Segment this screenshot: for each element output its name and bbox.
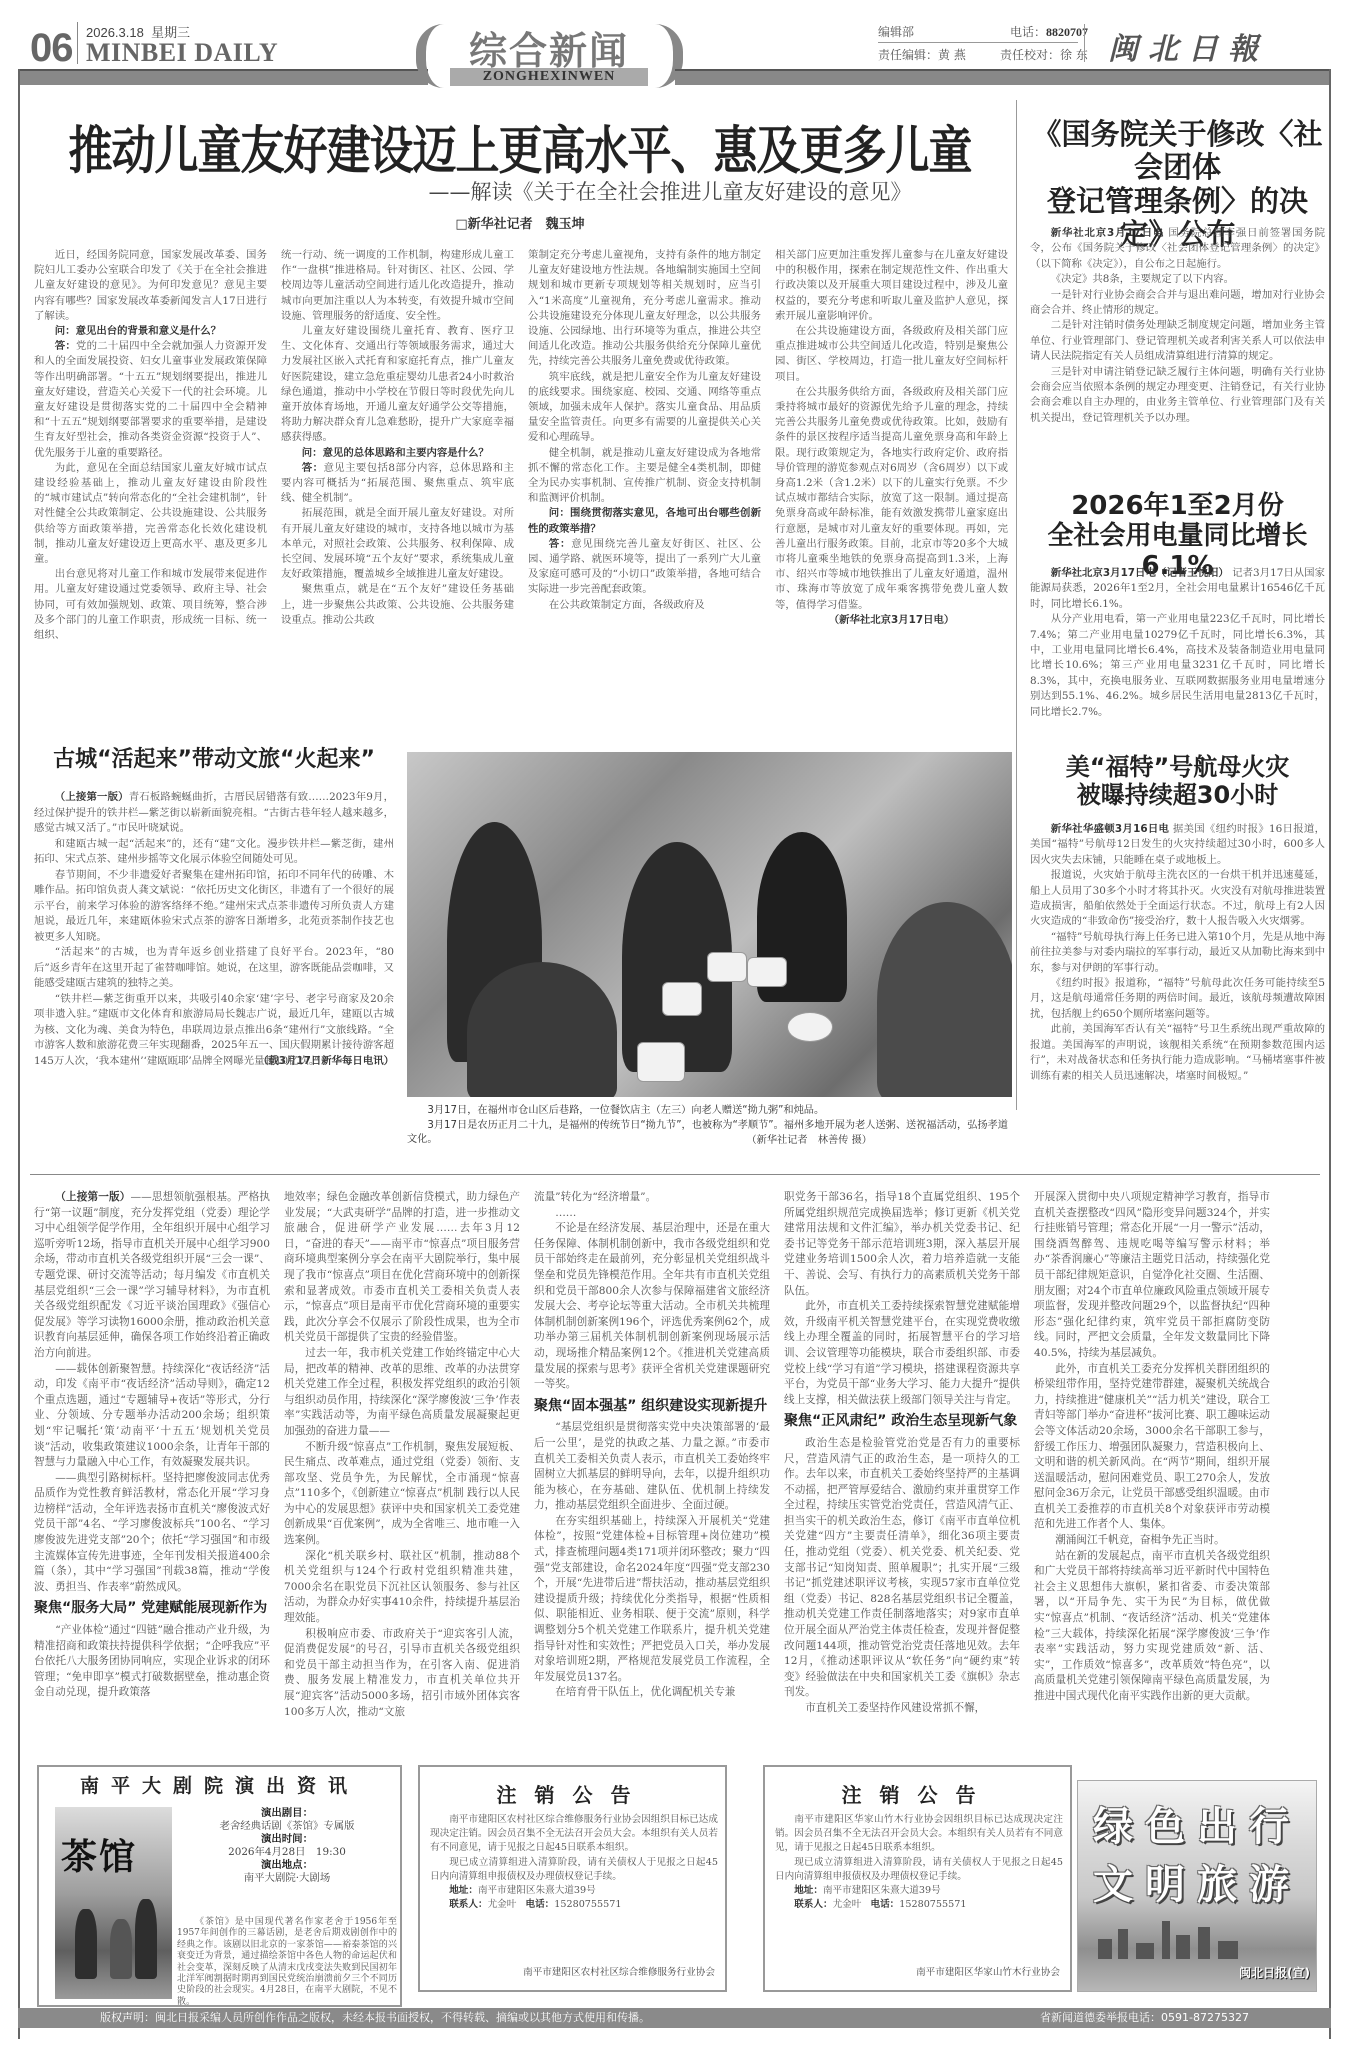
paragraph-text: 在公共设施建设方面，各级政府及相关部门应重点推进城市公共空间适儿化改造，特别是聚…	[775, 325, 1008, 383]
edit-info-rule	[878, 42, 1078, 43]
page-border-right	[1329, 69, 1331, 2039]
paragraph-text: 不论是在经济发展、基层治理中，还是在重大任务保障、体制机制创新中，我市各级党组织…	[534, 1222, 770, 1390]
city-skyline-icon	[1078, 1919, 1316, 1959]
paragraph: ——典型引路树标杆。坚持把廖俊波同志优秀品质作为党性教育鲜活教材，常态化开展“学…	[34, 1471, 270, 1596]
lower-article-body: （上接第一版）——思想领航强根基。严格执行“第一议题”制度，充分发挥党组（党委）…	[34, 1190, 1324, 1720]
paragraph-text: 相关部门应更加注重发挥儿童参与在儿童友好建设中的积极作用，探索在制定规范性文件、…	[775, 249, 1008, 322]
paragraph-text: （新华社北京3月17日电）	[829, 614, 955, 626]
article-column: 策制定充分考虑儿童视角，支持有条件的地方制定儿童友好建设地方性法规。各地编制实施…	[528, 248, 761, 643]
psa-line-2: 文明旅游	[1078, 1853, 1316, 1910]
paragraph: 新华社华盛顿3月16日电 据美国《纽约时报》16日报道，美国“福特”号航母12日…	[1030, 822, 1325, 868]
poster-figure	[110, 1919, 132, 1979]
paragraph-text: 不断升级“惊喜点”工作机制，聚焦发展短板、民生痛点、改革难点，通过党组（党委）领…	[284, 1441, 520, 1547]
paragraph-text: 出台意见将对儿童工作和城市发展带来促进作用。儿童友好建设通过党委领导、政府主导、…	[34, 568, 267, 641]
photo-bowl	[662, 982, 702, 1016]
header-bar-right-edge	[675, 69, 1331, 71]
paragraph: 不论是在经济发展、基层治理中，还是在重大任务保障、体制机制创新中，我市各级党组织…	[534, 1221, 770, 1393]
paragraph-text: 在夯实组织基础上，持续深入开展机关“党建体检”，按照“党建体检+目标管理+岗位建…	[534, 1515, 770, 1683]
paragraph: 为此，意见在全面总结国家儿童友好城市试点建设经验基础上，推动儿童友好建设由阶段性…	[34, 461, 267, 567]
paragraph: 儿童友好建设围绕儿童托育、教育、医疗卫生、文化体育、交通出行等领域服务需求，通过…	[281, 324, 514, 446]
paragraph: 统一行动、统一调度的工作机制，构建形成儿童工作“一盘棋”推进格局。针对街区、社区…	[281, 248, 514, 324]
phone-value: 15280755571	[899, 1899, 966, 1910]
paragraph: ——载体创新聚智慧。持续深化“夜话经济”活动，印发《南平市“夜话经济”活动导则》…	[34, 1362, 270, 1471]
paragraph-text: 站在新的发展起点，南平市直机关各级党组织和广大党员干部将持续高举习近平新时代中国…	[1034, 1550, 1270, 1702]
paragraph-lead: 答：	[55, 340, 76, 352]
theatre-description: 《茶馆》是中国现代著名作家老舍于1956年至1957年间创作的三幕话剧，是老舍后…	[177, 1917, 397, 2008]
paragraph-text: 统一行动、统一调度的工作机制，构建形成儿童工作“一盘棋”推进格局。针对街区、社区…	[281, 249, 514, 322]
poster-figure	[135, 1899, 157, 1979]
address-label: 地址：	[449, 1885, 478, 1896]
phone-label: 电话：	[526, 1899, 555, 1910]
edit-info-divider	[1084, 24, 1085, 62]
article-column: 相关部门应更加注重发挥儿童参与在儿童友好建设中的积极作用，探索在制定规范性文件、…	[775, 248, 1008, 643]
paragraph-text: ——思想领航强根基。严格执行“第一议题”制度，充分发挥党组（党委）理论学习中心组…	[34, 1191, 270, 1359]
column-divider	[1016, 100, 1017, 1110]
paragraph: 答：意见主要包括8部分内容，总体思路和主要内容可概括为“拓展范围、聚焦重点、筑牢…	[281, 461, 514, 507]
paragraph-lead: （上接第一版）	[55, 1191, 130, 1203]
paragraph: 健全机制，就是推动儿童友好建设成为各地常抓不懈的常态化工作。主要是健全4类机制，…	[528, 446, 761, 507]
paragraph-text: 市直机关工委坚持作风建设常抓不懈，	[805, 1702, 985, 1714]
venue-label: 演出地点：	[177, 1859, 397, 1872]
paragraph: 《纽约时报》报道称，“福特”号航母此次任务可能持续至5月，这是航母通常任务期的两…	[1030, 976, 1325, 1022]
notice-organization: 南平市建阳区农村社区综合维修服务行业协会	[523, 1964, 715, 1978]
photo-figure-seated-left	[467, 962, 617, 1097]
paragraph-text: “活起来”的古城，也为青年返乡创业搭建了良好平台。2023年，“80后”返乡青年…	[34, 946, 394, 989]
paragraph: 在公共设施建设方面，各级政府及相关部门应重点推进城市公共空间适儿化改造，特别是聚…	[775, 324, 1008, 385]
paragraph: 在公共政策制定方面，各级政府及	[528, 598, 761, 613]
header-bar-left-edge	[18, 69, 428, 71]
paragraph: 新华社北京3月17日电（记者王悦阳） 记者3月17日从国家能源局获悉，2026年…	[1030, 566, 1325, 612]
paragraph-text: 《决定》共8条，主要规定了以下内容。	[1051, 273, 1234, 285]
paragraph: ……	[534, 1206, 770, 1222]
news-photo	[407, 752, 1012, 1097]
main-subheadline: ——解读《关于在全社会推进儿童友好建设的意见》	[40, 176, 1000, 206]
paragraph-text: 在公共政策制定方面，各级政府及	[549, 599, 705, 611]
page-number: 06	[30, 26, 73, 71]
paragraph: 一是针对行业协会商会合并与退出难问题，增加对行业协会商会合并、终止情形的规定。	[1030, 288, 1325, 319]
paragraph: 在夯实组织基础上，持续深入开展机关“党建体检”，按照“党建体检+目标管理+岗位建…	[534, 1514, 770, 1686]
photo-bowl	[707, 952, 747, 982]
paragraph-text: 拓展范围，就是全面开展儿童友好建设。对所有开展儿童友好建设的城市，支持各地以城市…	[281, 507, 514, 580]
responsible-proofreader: 责任校对：徐 东	[1000, 46, 1088, 63]
paragraph: 潮涌闽江千帆竞，奋楫争先正当时。	[1034, 1533, 1270, 1549]
paragraph-text: 策制定充分考虑儿童视角，支持有条件的地方制定儿童友好建设地方性法规。各地编制实施…	[528, 249, 761, 367]
contact-label: 联系人：	[449, 1899, 487, 1910]
paragraph: “活起来”的古城，也为青年返乡创业搭建了良好平台。2023年，“80后”返乡青年…	[34, 945, 394, 992]
poster-figure	[75, 1909, 97, 1979]
article-column: 地效率；绿色金融改革创新信贷模式，助力绿色产业发展；“大武夷研学”品牌的打造，进…	[284, 1190, 520, 1720]
paper-name-en: MINBEI DAILY	[86, 38, 278, 68]
paragraph: 近日，经国务院同意，国家发展改革委、国务院妇儿工委办公室联合印发了《关于在全社会…	[34, 248, 267, 324]
caption-line: 3月17日是农历正月二十九，是福州的传统节日“拗九节”，也被称为“孝顺节”。福州…	[407, 1119, 1012, 1148]
headline-line: 《国务院关于修改〈社会团体	[1030, 118, 1325, 185]
interview-question: 问：意见的总体思路和主要内容是什么？	[281, 446, 514, 461]
notice-address: 地址：南平市建阳区朱熹大道39号	[430, 1884, 718, 1898]
paragraph: 流量”转化为“经济增量”。	[534, 1190, 770, 1206]
paragraph-text: 二是针对注销时债务处理缺乏制度规定问题，增加业务主管单位、行业管理部门、登记管理…	[1030, 319, 1325, 362]
article-column: 近日，经国务院同意，国家发展改革委、国务院妇儿工委办公室联合印发了《关于在全社会…	[34, 248, 267, 643]
contact-value: 尤金叶	[833, 1899, 862, 1910]
paragraph: 政治生态是检验管党治党是否有力的重要标尺，营造风清气正的政治生态，是一项持久的工…	[784, 1436, 1020, 1701]
paragraph-text: “产业体检”通过“四链”融合推动产业升级，为精准招商和政策扶持提供科学依据；“企…	[34, 1624, 270, 1698]
paragraph-text: “福特”号航母执行海上任务已进入第10个月，先是从地中海前往拉美参与对委内瑞拉的…	[1030, 931, 1325, 974]
edit-department: 编辑部	[878, 23, 914, 40]
section-title-en: ZONGHEXINWEN	[450, 68, 648, 86]
paragraph-text: “基层党组织是贯彻落实党中央决策部署的‘最后一公里’，是党的执政之基、力量之源。…	[534, 1421, 770, 1511]
paragraph-text: 流量”转化为“经济增量”。	[534, 1191, 656, 1203]
paragraph: 职党务干部36名，指导18个直属党组织、195个所属党组织规范完成换届选举；修订…	[784, 1190, 1020, 1299]
side-article-1-body: 新华社北京3月17日电 国务院总理李强日前签署国务院令，公布《国务院关于修改〈社…	[1030, 226, 1325, 426]
paragraph-text: 潮涌闽江千帆竞，奋楫争先正当时。	[1055, 1534, 1225, 1546]
paragraph: 出台意见将对儿童工作和城市发展带来促进作用。儿童友好建设通过党委领导、政府主导、…	[34, 567, 267, 643]
interview-question: 问：围绕贯彻落实意见，各地可出台哪些创新性的政策举措？	[528, 506, 761, 536]
notice-title: 注销公告	[765, 1779, 1070, 1808]
gucheng-headline: 古城“活起来”带动文旅“火起来”	[34, 742, 394, 773]
ethics-hotline: 省新闻道德委举报电话：0591-87275327	[1040, 2008, 1249, 2028]
notice-contact: 联系人：尤金叶 电话：15280755571	[775, 1898, 1063, 1912]
article-column: 开展深入贯彻中央八项规定精神学习教育，指导市直机关查摆整改“四风”隐形变异问题3…	[1034, 1190, 1270, 1720]
continued-marker: （上接第一版）	[55, 791, 129, 803]
notice-paragraph: 南平市建阳区农村社区综合维修服务行业协会因组织目标已达成现决定注销。因会员召集不…	[430, 1813, 718, 1856]
teahouse-poster: 茶馆	[55, 1807, 172, 1999]
paragraph-text: 健全机制，就是推动儿童友好建设成为各地常抓不懈的常态化工作。主要是健全4类机制，…	[528, 447, 761, 505]
time-label: 演出时间：	[177, 1833, 397, 1846]
article-column: 统一行动、统一调度的工作机制，构建形成儿童工作“一盘棋”推进格局。针对街区、社区…	[281, 248, 514, 643]
section-subheading: 聚焦“正风肃纪” 政治生态呈现新气象	[784, 1414, 1020, 1430]
paragraph-lead: 答：	[302, 462, 324, 474]
time-value: 2026年4月28日 19:30	[177, 1846, 397, 1859]
phone-value: 15280755571	[554, 1899, 621, 1910]
section-subheading: 聚焦“固本强基” 组织建设实现新提升	[534, 1399, 770, 1415]
header-bar-left	[18, 69, 428, 85]
paragraph: 报道说，火灾始于航母主洗衣区的一台烘干机并迅速蔓延，船上人员用了30多个小时才将…	[1030, 868, 1325, 930]
article-dateline-signature: （新华社北京3月17日电）	[775, 613, 1008, 628]
phone-label: 电话：	[1010, 25, 1046, 39]
paragraph: 此外，市直机关工委充分发挥机关群团组织的桥梁纽带作用，坚持党建带群建，凝聚机关统…	[1034, 1362, 1270, 1534]
side-article-3-body: 新华社华盛顿3月16日电 据美国《纽约时报》16日报道，美国“福特”号航母12日…	[1030, 822, 1325, 1084]
paragraph: 《决定》共8条，主要规定了以下内容。	[1030, 272, 1325, 287]
paragraph: 策制定充分考虑儿童视角，支持有条件的地方制定儿童友好建设地方性法规。各地编制实施…	[528, 248, 761, 370]
theatre-ad-title: 南平大剧院演出资讯	[39, 1771, 400, 1798]
psa-line-1: 绿色出行	[1078, 1795, 1316, 1852]
masthead-divider	[77, 22, 78, 64]
photo-credit: （新华社记者 林善传 摄）	[747, 1134, 873, 1149]
headline-line: 2026年1至2月份	[1030, 492, 1325, 522]
paragraph-text: ——载体创新聚智慧。持续深化“夜话经济”活动，印发《南平市“夜话经济”活动导则》…	[34, 1363, 270, 1469]
paragraph-text: 地效率；绿色金融改革创新信贷模式，助力绿色产业发展；“大武夷研学”品牌的打造，进…	[284, 1191, 520, 1343]
paragraph-lead: 答：	[549, 538, 571, 550]
green-travel-psa: 绿色出行 文明旅游 闽北日报(宣)	[1077, 1780, 1317, 1992]
main-article-body: 近日，经国务院同意，国家发展改革委、国务院妇儿工委办公室联合印发了《关于在全社会…	[34, 248, 1010, 643]
paragraph-text: ——典型引路树标杆。坚持把廖俊波同志优秀品质作为党性教育鲜活教材，常态化开展“学…	[34, 1472, 270, 1593]
copyright-notice: 版权声明：闽北日报采编人员所创作作品之版权，未经本报书面授权，不得转载、摘编或以…	[100, 2008, 650, 2028]
photo-bowl	[637, 1042, 685, 1082]
paragraph-text: 为此，意见在全面总结国家儿童友好城市试点建设经验基础上，推动儿童友好建设由阶段性…	[34, 462, 267, 565]
paragraph-text: 问：意见的总体思路和主要内容是什么？	[302, 447, 489, 459]
paragraph-text: 此外，市直机关工委充分发挥机关群团组织的桥梁纽带作用，坚持党建带群建，凝聚机关统…	[1034, 1363, 1270, 1531]
notice-address: 地址：南平市建阳区朱熹大道39号	[775, 1884, 1063, 1898]
paragraph-text: 在公共服务供给方面，各级政府及相关部门应秉持将城市最好的资源优先给予儿童的理念，…	[775, 386, 1008, 611]
paragraph-text: ……	[555, 1207, 576, 1219]
paragraph: 此外，市直机关工委持续探索智慧党建赋能增效，升级南平机关智慧党建平台，在实现党费…	[784, 1299, 1020, 1408]
contact-value: 尤金叶	[488, 1899, 517, 1910]
venue-value: 南平大剧院·大剧场	[177, 1872, 397, 1885]
section-title: 综合新闻	[450, 20, 648, 75]
paragraph-text: 积极响应市委、市政府关于“迎宾客引人流，促消费促发展”的号召，引导市直机关各级党…	[284, 1628, 520, 1718]
paragraph-text: 职党务干部36名，指导18个直属党组织、195个所属党组织规范完成换届选举；修订…	[784, 1191, 1020, 1297]
header-bar-right	[675, 69, 1331, 85]
main-byline: □新华社记者 魏玉坤	[40, 213, 1000, 232]
notice-body: 南平市建阳区农村社区综合维修服务行业协会因组织目标已达成现决定注销。因会员召集不…	[430, 1813, 718, 1912]
paragraph-text: 聚焦“正风肃纪” 政治生态呈现新气象	[784, 1413, 1017, 1429]
paragraph-text: 问：围绕贯彻落实意见，各地可出台哪些创新性的政策举措？	[528, 507, 761, 534]
address-value: 南平市建阳区朱熹大道39号	[823, 1885, 941, 1896]
program-value: 老舍经典话剧《茶馆》专属版	[177, 1820, 397, 1833]
cancellation-notice-2: 注销公告 南平市建阳区华家山竹木行业协会因组织目标已达成现决定注销。因会员召集不…	[763, 1765, 1072, 1992]
paragraph: 过去一年，我市机关党建工作始终锚定中心大局，把改革的精神、改革的思维、改革的办法…	[284, 1346, 520, 1440]
headline-line: 被曝持续超30小时	[1030, 782, 1325, 810]
photo-bowl	[747, 957, 787, 987]
paragraph-text: 此前，美国海军否认有关“福特”号卫生系统出现严重故障的报道。美国海军的声明说，该…	[1030, 1023, 1325, 1081]
paragraph-text: 在培育骨干队伍上，优化调配机关专兼	[555, 1686, 735, 1698]
caption-line: 3月17日，在福州市仓山区后巷路，一位餐饮店主（左三）向老人赠送“拗九粥”和炖品…	[407, 1104, 1012, 1119]
main-headline: 推动儿童友好建设迈上更高水平、惠及更多儿童	[40, 108, 1000, 184]
program-label: 演出剧目：	[177, 1807, 397, 1820]
paragraph: 从分产业用电看，第一产业用电量223亿千瓦时，同比增长7.4%；第二产业用电量1…	[1030, 612, 1325, 720]
section-rule	[30, 1174, 1320, 1175]
notice-paragraph: 现已成立清算组进入清算阶段，请有关债权人于见报之日起45日内向清算组申报债权及办…	[775, 1856, 1063, 1884]
paragraph-text: 报道说，火灾始于航母主洗衣区的一台烘干机并迅速蔓延，船上人员用了30多个小时才将…	[1030, 869, 1325, 927]
responsible-editor: 责任编辑：黄 燕	[878, 46, 966, 63]
paragraph-text: 筑牢底线，就是把儿童安全作为儿童友好建设的底线要求。围绕家庭、校园、交通、网络等…	[528, 371, 761, 444]
edit-phone: 电话：8820707	[1010, 23, 1088, 40]
paragraph: 不断升级“惊喜点”工作机制，聚焦发展短板、民生痛点、改革难点，通过党组（党委）领…	[284, 1440, 520, 1549]
paragraph: 深化“机关联乡村、联社区”机制，推动88个机关党组织与124个行政村党组织精准共…	[284, 1549, 520, 1627]
paragraph: （上接第一版）青石板路蜿蜒曲折，古厝民居错落有致……2023年9月，经过保护提升…	[34, 790, 394, 837]
paragraph-text: 政治生态是检验管党治党是否有力的重要标尺，营造风清气正的政治生态，是一项持久的工…	[784, 1437, 1020, 1699]
article-column: （上接第一版）——思想领航强根基。严格执行“第一议题”制度，充分发挥党组（党委）…	[34, 1190, 270, 1720]
paragraph: 二是针对注销时债务处理缺乏制度规定问题，增加业务主管单位、行业管理部门、登记管理…	[1030, 318, 1325, 364]
paragraph: “产业体检”通过“四链”融合推动产业升级，为精准招商和政策扶持提供科学依据；“企…	[34, 1623, 270, 1701]
poster-title: 茶馆	[61, 1829, 137, 1880]
photo-caption: 3月17日，在福州市仓山区后巷路，一位餐饮店主（左三）向老人赠送“拗九粥”和炖品…	[407, 1104, 1012, 1148]
paragraph: 聚焦重点，就是在“五个友好”建设任务基础上，进一步聚焦公共政策、公共设施、公共服…	[281, 582, 514, 628]
paragraph: 在公共服务供给方面，各级政府及相关部门应秉持将城市最好的资源优先给予儿童的理念，…	[775, 385, 1008, 613]
paragraph: 此前，美国海军否认有关“福特”号卫生系统出现严重故障的报道。美国海军的声明说，该…	[1030, 1022, 1325, 1084]
side-headline-3: 美“福特”号航母火灾 被曝持续超30小时	[1030, 754, 1325, 809]
dateline: 新华社华盛顿3月16日电	[1051, 823, 1169, 835]
paragraph: 积极响应市委、市政府关于“迎宾客引人流，促消费促发展”的号召，引导市直机关各级党…	[284, 1627, 520, 1721]
notice-paragraph: 现已成立清算组进入清算阶段，请有关债权人于见报之日起45日内向清算组申报债权及办…	[430, 1856, 718, 1884]
paragraph-text: 春节期间，不少非遗爱好者聚集在建州拓印馆，拓印不同年代的砖雕、木雕作品。拓印馆负…	[34, 869, 394, 943]
paragraph: 新华社北京3月17日电 国务院总理李强日前签署国务院令，公布《国务院关于修改〈社…	[1030, 226, 1325, 272]
paragraph: 站在新的发展起点，南平市直机关各级党组织和广大党员干部将持续高举习近平新时代中国…	[1034, 1549, 1270, 1705]
phone-number: 8820707	[1046, 25, 1088, 39]
paragraph: 春节期间，不少非遗爱好者聚集在建州拓印馆，拓印不同年代的砖雕、木雕作品。拓印馆负…	[34, 868, 394, 946]
paragraph-text: 三是针对申请注销登记缺乏履行主体问题，明确有关行业协会商会应当依照本条例的规定办…	[1030, 366, 1325, 424]
paragraph: 拓展范围，就是全面开展儿童友好建设。对所有开展儿童友好建设的城市，支持各地以城市…	[281, 506, 514, 582]
description-text: 《茶馆》是中国现代著名作家老舍于1956年至1957年间创作的三幕话剧，是老舍后…	[177, 1917, 397, 2008]
address-label: 地址：	[794, 1885, 823, 1896]
paragraph-text: 近日，经国务院同意，国家发展改革委、国务院妇儿工委办公室联合印发了《关于在全社会…	[34, 249, 267, 322]
section-subheading: 聚焦“服务大局” 党建赋能展现新作为	[34, 1601, 270, 1617]
paragraph-text: 开展深入贯彻中央八项规定精神学习教育，指导市直机关查摆整改“四风”隐形变异问题3…	[1034, 1191, 1270, 1359]
paragraph: “福特”号航母执行海上任务已进入第10个月，先是从地中海前往拉美参与对委内瑞拉的…	[1030, 930, 1325, 976]
paragraph: 开展深入贯彻中央八项规定精神学习教育，指导市直机关查摆整改“四风”隐形变异问题3…	[1034, 1190, 1270, 1362]
footer-bar: 版权声明：闽北日报采编人员所创作作品之版权，未经本报书面授权，不得转载、摘编或以…	[18, 2008, 1331, 2028]
paragraph-text: 《纽约时报》报道称，“福特”号航母此次任务可能持续至5月，这是航母通常任务期的两…	[1030, 977, 1325, 1020]
paragraph-text: 问：意见出台的背景和意义是什么？	[55, 325, 221, 337]
paragraph: 相关部门应更加注重发挥儿童参与在儿童友好建设中的积极作用，探索在制定规范性文件、…	[775, 248, 1008, 324]
contact-label: 联系人：	[794, 1899, 832, 1910]
photo-figure-seated-right	[877, 902, 1012, 1097]
paragraph: 市直机关工委坚持作风建设常抓不懈，	[784, 1701, 1020, 1717]
notice-title: 注销公告	[420, 1779, 725, 1808]
side-article-2-body: 新华社北京3月17日电（记者王悦阳） 记者3月17日从国家能源局获悉，2026年…	[1030, 566, 1325, 720]
paragraph: 和建瓯古城一起“活起来”的，还有“建”文化。漫步铁井栏—紫芝街，建州拓印、宋式点…	[34, 837, 394, 868]
theatre-ad: 南平大剧院演出资讯 茶馆 演出剧目： 老舍经典话剧《茶馆》专属版 演出时间： 2…	[37, 1765, 402, 2007]
paragraph-text: 从分产业用电看，第一产业用电量223亿千瓦时，同比增长7.4%；第二产业用电量1…	[1030, 613, 1325, 717]
notice-paragraph: 南平市建阳区华家山竹木行业协会因组织目标已达成现决定注销。因会员召集不全无法召开…	[775, 1813, 1063, 1856]
address-value: 南平市建阳区朱熹大道39号	[478, 1885, 596, 1896]
paragraph-text: 此外，市直机关工委持续探索智慧党建赋能增效，升级南平机关智慧党建平台，在实现党费…	[784, 1300, 1020, 1406]
page-border-left	[18, 69, 20, 2039]
dateline: 新华社北京3月17日电	[1051, 227, 1164, 239]
psa-tag: 闽北日报(宣)	[1239, 1964, 1310, 1981]
paragraph: 地效率；绿色金融改革创新信贷模式，助力绿色产业发展；“大武夷研学”品牌的打造，进…	[284, 1190, 520, 1346]
paragraph-text: 深化“机关联乡村、联社区”机制，推动88个机关党组织与124个行政村党组织精准共…	[284, 1550, 520, 1624]
photo-bowl	[787, 1012, 833, 1042]
article-column: 职党务干部36名，指导18个直属党组织、195个所属党组织规范完成换届选举；修订…	[784, 1190, 1020, 1720]
paragraph: 筑牢底线，就是把儿童安全作为儿童友好建设的底线要求。围绕家庭、校园、交通、网络等…	[528, 370, 761, 446]
notice-organization: 南平市建阳区华家山竹木行业协会	[916, 1964, 1060, 1978]
theatre-info: 演出剧目： 老舍经典话剧《茶馆》专属版 演出时间： 2026年4月28日 19:…	[177, 1807, 397, 1885]
paragraph-text: 聚焦“服务大局” 党建赋能展现新作为	[34, 1600, 267, 1616]
notice-body: 南平市建阳区华家山竹木行业协会因组织目标已达成现决定注销。因会员召集不全无法召开…	[775, 1813, 1063, 1912]
notice-contact: 联系人：尤金叶 电话：15280755571	[430, 1898, 718, 1912]
paragraph-text: 聚焦重点，就是在“五个友好”建设任务基础上，进一步聚焦公共政策、公共设施、公共服…	[281, 583, 514, 625]
paragraph-text: 儿童友好建设围绕儿童托育、教育、医疗卫生、文化体育、交通出行等领域服务需求，通过…	[281, 325, 514, 443]
paragraph: 答：党的二十届四中全会就加强人力资源开发和人的全面发展投资、妇女儿童事业发展政策…	[34, 339, 267, 461]
newspaper-logo: 闽北日報	[1108, 24, 1268, 68]
paragraph-text: 一是针对行业协会商会合并与退出难问题，增加对行业协会商会合并、终止情形的规定。	[1030, 289, 1325, 316]
paragraph: “基层党组织是贯彻落实党中央决策部署的‘最后一公里’，是党的执政之基、力量之源。…	[534, 1420, 770, 1514]
paragraph: 答：意见围绕完善儿童友好街区、社区、公园、通学路、就医环境等，提出了一系列广大儿…	[528, 537, 761, 598]
paragraph: 三是针对申请注销登记缺乏履行主体问题，明确有关行业协会商会应当依照本条例的规定办…	[1030, 365, 1325, 427]
paragraph-text: 和建瓯古城一起“活起来”的，还有“建”文化。漫步铁井栏—紫芝街，建州拓印、宋式点…	[34, 838, 394, 866]
paragraph-text: 聚焦“固本强基” 组织建设实现新提升	[534, 1398, 767, 1414]
article-column: 流量”转化为“经济增量”。……不论是在经济发展、基层治理中，还是在重大任务保障、…	[534, 1190, 770, 1720]
paragraph-text: 过去一年，我市机关党建工作始终锚定中心大局，把改革的精神、改革的思维、改革的办法…	[284, 1347, 520, 1437]
phone-label: 电话：	[871, 1899, 900, 1910]
paragraph-text: 党的二十届四中全会就加强人力资源开发和人的全面发展投资、妇女儿童事业发展政策保障…	[34, 340, 267, 458]
gucheng-article-body: （上接第一版）青石板路蜿蜒曲折，古厝民居错落有致……2023年9月，经过保护提升…	[34, 790, 394, 1070]
headline-line: 美“福特”号航母火灾	[1030, 754, 1325, 782]
interview-question: 问：意见出台的背景和意义是什么？	[34, 324, 267, 339]
dateline: 新华社北京3月17日电（记者王悦阳）	[1051, 567, 1229, 579]
paragraph: （上接第一版）——思想领航强根基。严格执行“第一议题”制度，充分发挥党组（党委）…	[34, 1190, 270, 1362]
paragraph: 在培育骨干队伍上，优化调配机关专兼	[534, 1685, 770, 1701]
cancellation-notice-1: 注销公告 南平市建阳区农村社区综合维修服务行业协会因组织目标已达成现决定注销。因…	[418, 1765, 727, 1992]
